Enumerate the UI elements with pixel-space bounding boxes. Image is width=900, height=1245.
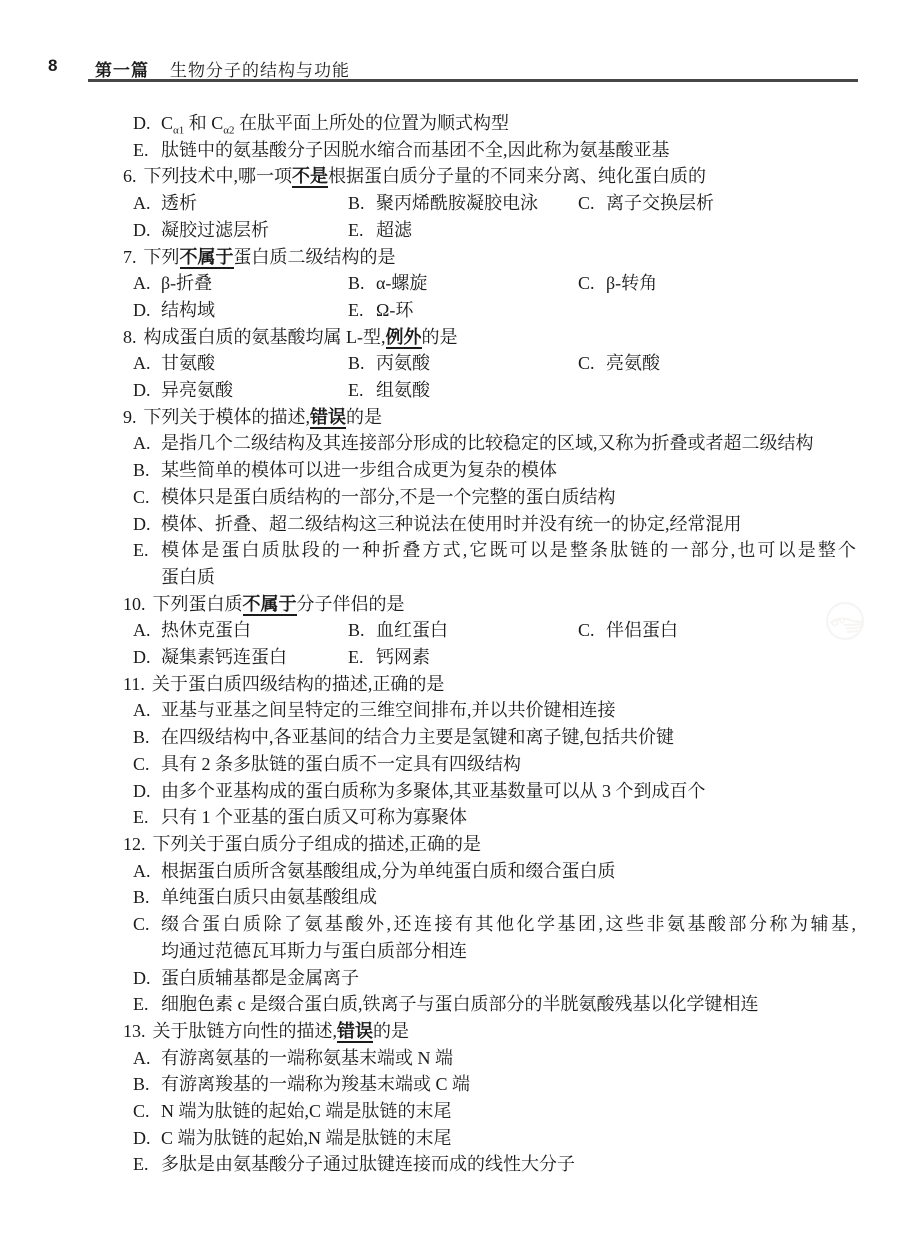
emphasized-keyword: 不属于 (180, 247, 234, 269)
text-segment: 缀合蛋白质除了氨基酸外,还连接有其他化学基团,这些非氨基酸部分称为辅基, (161, 914, 856, 934)
option-text: 凝胶过滤层析 (161, 220, 269, 240)
option-text: Ω-环 (376, 300, 413, 320)
text-segment: 根据蛋白质所含氨基酸组成,分为单纯蛋白质和缀合蛋白质 (161, 861, 616, 881)
option-label: A. (133, 617, 161, 644)
option-text: 缀合蛋白质除了氨基酸外,还连接有其他化学基团,这些非氨基酸部分称为辅基,均通过范… (161, 911, 856, 964)
option-label: A. (133, 190, 161, 217)
option-label: B. (348, 617, 376, 644)
option-text-line: 根据蛋白质所含氨基酸组成,分为单纯蛋白质和缀合蛋白质 (161, 858, 856, 885)
option-text-line: 只有 1 个亚基的蛋白质又可称为寡聚体 (161, 804, 856, 831)
question-stem-text: 下列不属于蛋白质二级结构的是 (144, 247, 396, 269)
option: D.凝集素钙连蛋白 (133, 644, 348, 671)
option: B.有游离羧基的一端称为羧基末端或 C 端 (0, 1071, 856, 1098)
option-label: B. (133, 724, 161, 751)
option: A.透析 (133, 190, 348, 217)
part-label: 第一篇 (95, 56, 149, 81)
option: E.钙网素 (348, 644, 578, 671)
option: D.Cα1 和 Cα2 在肽平面上所处的位置为顺式构型 (0, 110, 856, 137)
option: E.细胞色素 c 是缀合蛋白质,铁离子与蛋白质部分的半胱氨酸残基以化学键相连 (0, 991, 856, 1018)
option: E.模体是蛋白质肽段的一种折叠方式,它既可以是整条肽链的一部分,也可以是整个蛋白… (0, 537, 856, 590)
text-segment: 下列关于蛋白质分子组成的描述,正确的是 (153, 834, 482, 854)
option-label: D. (133, 377, 161, 404)
option-label: D. (133, 511, 161, 538)
text-segment: 异亮氨酸 (161, 380, 233, 400)
text-segment: 和 C (184, 113, 223, 133)
text-segment: 结构域 (161, 300, 215, 320)
text-segment: 模体是蛋白质肽段的一种折叠方式,它既可以是整条肽链的一部分,也可以是整个 (161, 540, 856, 560)
option-text-line: 缀合蛋白质除了氨基酸外,还连接有其他化学基团,这些非氨基酸部分称为辅基, (161, 911, 856, 938)
option: C.模体只是蛋白质结构的一部分,不是一个完整的蛋白质结构 (0, 484, 856, 511)
option: A.甘氨酸 (133, 350, 348, 377)
option-label: E. (133, 137, 161, 164)
question-stem: 13.关于肽链方向性的描述,错误的是 (0, 1018, 856, 1045)
option-text: 透析 (161, 193, 197, 213)
option-text-line: 蛋白质 (161, 564, 856, 591)
text-segment: 凝胶过滤层析 (161, 220, 269, 240)
option-text-line: 亚基与亚基之间呈特定的三维空间排布,并以共价键相连接 (161, 697, 856, 724)
option-text-line: 有游离氨基的一端称氨基末端或 N 端 (161, 1045, 856, 1072)
option-text: α-螺旋 (376, 273, 427, 293)
option: C.亮氨酸 (578, 350, 856, 377)
option: E.组氨酸 (348, 377, 578, 404)
page-number: 8 (48, 56, 57, 76)
question-number: 6. (123, 166, 137, 186)
option-label: A. (133, 270, 161, 297)
option-label: C. (578, 350, 606, 377)
option-text: 亮氨酸 (606, 353, 660, 373)
text-segment: 关于蛋白质四级结构的描述,正确的是 (152, 674, 445, 694)
option-text-line: 单纯蛋白质只由氨基酸组成 (161, 884, 856, 911)
text-segment: 有游离羧基的一端称为羧基末端或 C 端 (161, 1074, 470, 1094)
option-label: D. (133, 297, 161, 324)
option-text: 蛋白质辅基都是金属离子 (161, 965, 856, 992)
option-label: E. (348, 297, 376, 324)
option-text: 细胞色素 c 是缀合蛋白质,铁离子与蛋白质部分的半胱氨酸残基以化学键相连 (161, 991, 856, 1018)
option-text: 根据蛋白质所含氨基酸组成,分为单纯蛋白质和缀合蛋白质 (161, 858, 856, 885)
option-text: N 端为肽链的起始,C 端是肽链的末尾 (161, 1098, 856, 1125)
option-text: 模体是蛋白质肽段的一种折叠方式,它既可以是整条肽链的一部分,也可以是整个蛋白质 (161, 537, 856, 590)
option: D.蛋白质辅基都是金属离子 (0, 965, 856, 992)
option-text-line: Cα1 和 Cα2 在肽平面上所处的位置为顺式构型 (161, 110, 856, 137)
option-text: 亚基与亚基之间呈特定的三维空间排布,并以共价键相连接 (161, 697, 856, 724)
option-text-line: C 端为肽链的起始,N 端是肽链的末尾 (161, 1125, 856, 1152)
option: B.在四级结构中,各亚基间的结合力主要是氢键和离子键,包括共价键 (0, 724, 856, 751)
option: E.多肽是由氨基酸分子通过肽键连接而成的线性大分子 (0, 1151, 856, 1178)
text-segment: 亚基与亚基之间呈特定的三维空间排布,并以共价键相连接 (161, 700, 616, 720)
question-number: 9. (123, 407, 137, 427)
option-label: A. (133, 858, 161, 885)
option: C.β-转角 (578, 270, 856, 297)
text-segment: C 端为肽链的起始,N 端是肽链的末尾 (161, 1128, 452, 1148)
text-segment: 的是 (373, 1021, 409, 1041)
option: D.模体、折叠、超二级结构这三种说法在使用时并没有统一的协定,经常混用 (0, 511, 856, 538)
option: A.是指几个二级结构及其连接部分形成的比较稳定的区域,又称为折叠或者超二级结构 (0, 430, 856, 457)
text-segment: 的是 (422, 327, 458, 347)
text-segment: 凝集素钙连蛋白 (161, 647, 287, 667)
text-segment: 在肽平面上所处的位置为顺式构型 (235, 113, 510, 133)
option-label: E. (348, 377, 376, 404)
option: A.热休克蛋白 (133, 617, 348, 644)
option-text: 结构域 (161, 300, 215, 320)
question-list: D.Cα1 和 Cα2 在肽平面上所处的位置为顺式构型E.肽链中的氨基酸分子因脱… (0, 110, 856, 1178)
option-label: E. (133, 1151, 161, 1178)
option: A.亚基与亚基之间呈特定的三维空间排布,并以共价键相连接 (0, 697, 856, 724)
question-number: 10. (123, 594, 146, 614)
option: A.β-折叠 (133, 270, 348, 297)
option: E.只有 1 个亚基的蛋白质又可称为寡聚体 (0, 804, 856, 831)
option-text: 是指几个二级结构及其连接部分形成的比较稳定的区域,又称为折叠或者超二级结构 (161, 430, 856, 457)
option-text: 肽链中的氨基酸分子因脱水缩合而基团不全,因此称为氨基酸亚基 (161, 137, 856, 164)
option-text: 模体只是蛋白质结构的一部分,不是一个完整的蛋白质结构 (161, 484, 856, 511)
text-segment: N 端为肽链的起始,C 端是肽链的末尾 (161, 1101, 452, 1121)
question-number: 7. (123, 247, 137, 267)
question-number: 12. (123, 834, 146, 854)
options-grid: A.透析B.聚丙烯酰胺凝胶电泳C.离子交换层析D.凝胶过滤层析E.超滤 (0, 190, 856, 243)
question-number: 13. (123, 1021, 146, 1041)
option-text-line: 有游离羧基的一端称为羧基末端或 C 端 (161, 1071, 856, 1098)
option-label: E. (133, 804, 161, 831)
question-stem: 8.构成蛋白质的氨基酸均属 L-型,例外的是 (0, 324, 856, 351)
emphasized-keyword: 不属于 (243, 594, 297, 616)
option-label: A. (133, 1045, 161, 1072)
option: C.离子交换层析 (578, 190, 856, 217)
option-label: E. (348, 217, 376, 244)
option-label: D. (133, 1125, 161, 1152)
option-label: A. (133, 430, 161, 457)
emphasized-keyword: 例外 (386, 327, 422, 349)
options-grid: A.热休克蛋白B.血红蛋白C.伴侣蛋白D.凝集素钙连蛋白E.钙网素 (0, 617, 856, 670)
option-text: 血红蛋白 (376, 620, 448, 640)
options-grid: A.β-折叠B.α-螺旋C.β-转角D.结构域E.Ω-环 (0, 270, 856, 323)
option-text: 有游离氨基的一端称氨基末端或 N 端 (161, 1045, 856, 1072)
option-text: 由多个亚基构成的蛋白质称为多聚体,其亚基数量可以从 3 个到成百个 (161, 778, 856, 805)
text-segment: 某些简单的模体可以进一步组合成更为复杂的模体 (161, 460, 557, 480)
option-label: A. (133, 350, 161, 377)
text-segment: 血红蛋白 (376, 620, 448, 640)
option-text-line: 模体是蛋白质肽段的一种折叠方式,它既可以是整条肽链的一部分,也可以是整个 (161, 537, 856, 564)
option-text-line: 蛋白质辅基都是金属离子 (161, 965, 856, 992)
option-text-line: 由多个亚基构成的蛋白质称为多聚体,其亚基数量可以从 3 个到成百个 (161, 778, 856, 805)
text-segment: 根据蛋白质分子量的不同来分离、纯化蛋白质的 (328, 166, 706, 186)
text-segment: 由多个亚基构成的蛋白质称为多聚体,其亚基数量可以从 3 个到成百个 (161, 781, 706, 801)
option: E.超滤 (348, 217, 578, 244)
question-number: 8. (123, 327, 137, 347)
text-segment: 下列 (144, 247, 180, 267)
option-label: B. (348, 270, 376, 297)
text-segment: 的是 (346, 407, 382, 427)
question-stem-text: 下列技术中,哪一项不是根据蛋白质分子量的不同来分离、纯化蛋白质的 (144, 166, 707, 188)
text-segment: 均通过范德瓦耳斯力与蛋白质部分相连 (161, 941, 467, 961)
option: C.具有 2 条多肽链的蛋白质不一定具有四级结构 (0, 751, 856, 778)
option: A.根据蛋白质所含氨基酸组成,分为单纯蛋白质和缀合蛋白质 (0, 858, 856, 885)
option: B.血红蛋白 (348, 617, 578, 644)
text-segment: 透析 (161, 193, 197, 213)
option-label: D. (133, 217, 161, 244)
text-segment: 组氨酸 (376, 380, 430, 400)
option-label: B. (133, 457, 161, 484)
text-segment: 下列技术中,哪一项 (144, 166, 293, 186)
options-grid: A.甘氨酸B.丙氨酸C.亮氨酸D.异亮氨酸E.组氨酸 (0, 350, 856, 403)
emphasized-keyword: 错误 (310, 407, 346, 429)
option-text: 具有 2 条多肽链的蛋白质不一定具有四级结构 (161, 751, 856, 778)
option-label: C. (578, 190, 606, 217)
emphasized-keyword: 错误 (337, 1021, 373, 1043)
text-segment: Ω-环 (376, 300, 413, 320)
option-text-line: 某些简单的模体可以进一步组合成更为复杂的模体 (161, 457, 856, 484)
text-segment: 蛋白质 (161, 567, 215, 587)
option-label: C. (133, 484, 161, 511)
option-label: D. (133, 110, 161, 137)
text-segment: 超滤 (376, 220, 412, 240)
option-text: 丙氨酸 (376, 353, 430, 373)
option-text: 热休克蛋白 (161, 620, 251, 640)
option-text-line: 在四级结构中,各亚基间的结合力主要是氢键和离子键,包括共价键 (161, 724, 856, 751)
text-segment: α-螺旋 (376, 273, 427, 293)
question-stem-text: 下列蛋白质不属于分子伴侣的是 (153, 594, 405, 616)
option-label: C. (578, 617, 606, 644)
option-text-line: 模体、折叠、超二级结构这三种说法在使用时并没有统一的协定,经常混用 (161, 511, 856, 538)
option-text: 单纯蛋白质只由氨基酸组成 (161, 884, 856, 911)
question-number: 11. (123, 674, 145, 694)
option-text: 只有 1 个亚基的蛋白质又可称为寡聚体 (161, 804, 856, 831)
option-text: β-折叠 (161, 273, 212, 293)
text-segment: 单纯蛋白质只由氨基酸组成 (161, 887, 377, 907)
option: D.凝胶过滤层析 (133, 217, 348, 244)
option-text: 某些简单的模体可以进一步组合成更为复杂的模体 (161, 457, 856, 484)
option: B.丙氨酸 (348, 350, 578, 377)
option-text: 钙网素 (376, 647, 430, 667)
option-label: B. (133, 884, 161, 911)
option-text-line: 细胞色素 c 是缀合蛋白质,铁离子与蛋白质部分的半胱氨酸残基以化学键相连 (161, 991, 856, 1018)
text-segment: 模体、折叠、超二级结构这三种说法在使用时并没有统一的协定,经常混用 (161, 514, 742, 534)
option-text-line: 均通过范德瓦耳斯力与蛋白质部分相连 (161, 938, 856, 965)
text-segment: 构成蛋白质的氨基酸均属 L-型, (144, 327, 386, 347)
question-stem: 10.下列蛋白质不属于分子伴侣的是 (0, 591, 856, 618)
option-label: D. (133, 965, 161, 992)
question-stem-text: 下列关于蛋白质分子组成的描述,正确的是 (153, 834, 482, 854)
option-text: 聚丙烯酰胺凝胶电泳 (376, 193, 538, 213)
text-segment: 肽链中的氨基酸分子因脱水缩合而基团不全,因此称为氨基酸亚基 (161, 140, 670, 160)
option: B.某些简单的模体可以进一步组合成更为复杂的模体 (0, 457, 856, 484)
option-label: D. (133, 778, 161, 805)
option-label: A. (133, 697, 161, 724)
option-text-line: 多肽是由氨基酸分子通过肽键连接而成的线性大分子 (161, 1151, 856, 1178)
option-text: β-转角 (606, 273, 657, 293)
text-segment: 聚丙烯酰胺凝胶电泳 (376, 193, 538, 213)
text-segment: β-转角 (606, 273, 657, 293)
text-segment: 丙氨酸 (376, 353, 430, 373)
option: D.异亮氨酸 (133, 377, 348, 404)
option-label: D. (133, 644, 161, 671)
option-text: 伴侣蛋白 (606, 620, 678, 640)
option: B.单纯蛋白质只由氨基酸组成 (0, 884, 856, 911)
option: E.Ω-环 (348, 297, 578, 324)
option-label: B. (348, 350, 376, 377)
option: D.由多个亚基构成的蛋白质称为多聚体,其亚基数量可以从 3 个到成百个 (0, 778, 856, 805)
text-segment: 在四级结构中,各亚基间的结合力主要是氢键和离子键,包括共价键 (161, 727, 674, 747)
question-stem: 6.下列技术中,哪一项不是根据蛋白质分子量的不同来分离、纯化蛋白质的 (0, 163, 856, 190)
text-segment: β-折叠 (161, 273, 212, 293)
option-text: 甘氨酸 (161, 353, 215, 373)
option-text: 超滤 (376, 220, 412, 240)
question-stem-text: 关于蛋白质四级结构的描述,正确的是 (152, 674, 445, 694)
option-label: E. (133, 537, 161, 590)
option-text-line: 模体只是蛋白质结构的一部分,不是一个完整的蛋白质结构 (161, 484, 856, 511)
option: C.缀合蛋白质除了氨基酸外,还连接有其他化学基团,这些非氨基酸部分称为辅基,均通… (0, 911, 856, 964)
option-text: Cα1 和 Cα2 在肽平面上所处的位置为顺式构型 (161, 110, 856, 137)
subscript-text: α2 (223, 125, 234, 137)
question-stem: 9.下列关于模体的描述,错误的是 (0, 404, 856, 431)
part-title: 生物分子的结构与功能 (170, 56, 350, 81)
option-text: 凝集素钙连蛋白 (161, 647, 287, 667)
text-segment: 伴侣蛋白 (606, 620, 678, 640)
option-label: B. (133, 1071, 161, 1098)
text-segment: 只有 1 个亚基的蛋白质又可称为寡聚体 (161, 807, 467, 827)
question-stem-text: 下列关于模体的描述,错误的是 (144, 407, 383, 429)
text-segment: 蛋白质二级结构的是 (234, 247, 396, 267)
question-stem-text: 关于肽链方向性的描述,错误的是 (153, 1021, 410, 1043)
subscript-text: α1 (173, 125, 184, 137)
text-segment: 关于肽链方向性的描述, (153, 1021, 338, 1041)
option: B.α-螺旋 (348, 270, 578, 297)
option-text-line: 具有 2 条多肽链的蛋白质不一定具有四级结构 (161, 751, 856, 778)
header-rule (88, 79, 858, 82)
option: D.C 端为肽链的起始,N 端是肽链的末尾 (0, 1125, 856, 1152)
option: A.有游离氨基的一端称氨基末端或 N 端 (0, 1045, 856, 1072)
option-text-line: 是指几个二级结构及其连接部分形成的比较稳定的区域,又称为折叠或者超二级结构 (161, 430, 856, 457)
option: D.结构域 (133, 297, 348, 324)
text-segment: 钙网素 (376, 647, 430, 667)
question-stem: 12.下列关于蛋白质分子组成的描述,正确的是 (0, 831, 856, 858)
option-text: 在四级结构中,各亚基间的结合力主要是氢键和离子键,包括共价键 (161, 724, 856, 751)
option: C.伴侣蛋白 (578, 617, 856, 644)
option: B.聚丙烯酰胺凝胶电泳 (348, 190, 578, 217)
question-stem: 11.关于蛋白质四级结构的描述,正确的是 (0, 671, 856, 698)
option-text-line: 肽链中的氨基酸分子因脱水缩合而基团不全,因此称为氨基酸亚基 (161, 137, 856, 164)
text-segment: 亮氨酸 (606, 353, 660, 373)
option-label: E. (348, 644, 376, 671)
option: E.肽链中的氨基酸分子因脱水缩合而基团不全,因此称为氨基酸亚基 (0, 137, 856, 164)
option-label: C. (133, 751, 161, 778)
option-text: 组氨酸 (376, 380, 430, 400)
text-segment: 下列关于模体的描述, (144, 407, 311, 427)
emphasized-keyword: 不是 (292, 166, 328, 188)
option-text: 异亮氨酸 (161, 380, 233, 400)
text-segment: 是指几个二级结构及其连接部分形成的比较稳定的区域,又称为折叠或者超二级结构 (161, 433, 814, 453)
option-text: 有游离羧基的一端称为羧基末端或 C 端 (161, 1071, 856, 1098)
text-segment: 细胞色素 c 是缀合蛋白质,铁离子与蛋白质部分的半胱氨酸残基以化学键相连 (161, 994, 759, 1014)
text-segment: 多肽是由氨基酸分子通过肽键连接而成的线性大分子 (161, 1154, 575, 1174)
question-stem: 7.下列不属于蛋白质二级结构的是 (0, 244, 856, 271)
option-label: B. (348, 190, 376, 217)
text-segment: 模体只是蛋白质结构的一部分,不是一个完整的蛋白质结构 (161, 487, 616, 507)
text-segment: 分子伴侣的是 (297, 594, 405, 614)
text-segment: 离子交换层析 (606, 193, 714, 213)
text-segment: 蛋白质辅基都是金属离子 (161, 968, 359, 988)
option-text: 模体、折叠、超二级结构这三种说法在使用时并没有统一的协定,经常混用 (161, 511, 856, 538)
text-segment: 热休克蛋白 (161, 620, 251, 640)
option-label: C. (578, 270, 606, 297)
text-segment: C (161, 113, 173, 133)
text-segment: 有游离氨基的一端称氨基末端或 N 端 (161, 1048, 453, 1068)
option: C.N 端为肽链的起始,C 端是肽链的末尾 (0, 1098, 856, 1125)
option-text-line: N 端为肽链的起始,C 端是肽链的末尾 (161, 1098, 856, 1125)
text-segment: 下列蛋白质 (153, 594, 243, 614)
textbook-page: 8 第一篇 生物分子的结构与功能 D.Cα1 和 Cα2 在肽平面上所处的位置为… (0, 0, 900, 1245)
question-stem-text: 构成蛋白质的氨基酸均属 L-型,例外的是 (144, 327, 458, 349)
option-text: 离子交换层析 (606, 193, 714, 213)
option-label: E. (133, 991, 161, 1018)
option-label: C. (133, 911, 161, 964)
option-label: C. (133, 1098, 161, 1125)
text-segment: 甘氨酸 (161, 353, 215, 373)
option-text: C 端为肽链的起始,N 端是肽链的末尾 (161, 1125, 856, 1152)
option-text: 多肽是由氨基酸分子通过肽键连接而成的线性大分子 (161, 1151, 856, 1178)
text-segment: 具有 2 条多肽链的蛋白质不一定具有四级结构 (161, 754, 521, 774)
